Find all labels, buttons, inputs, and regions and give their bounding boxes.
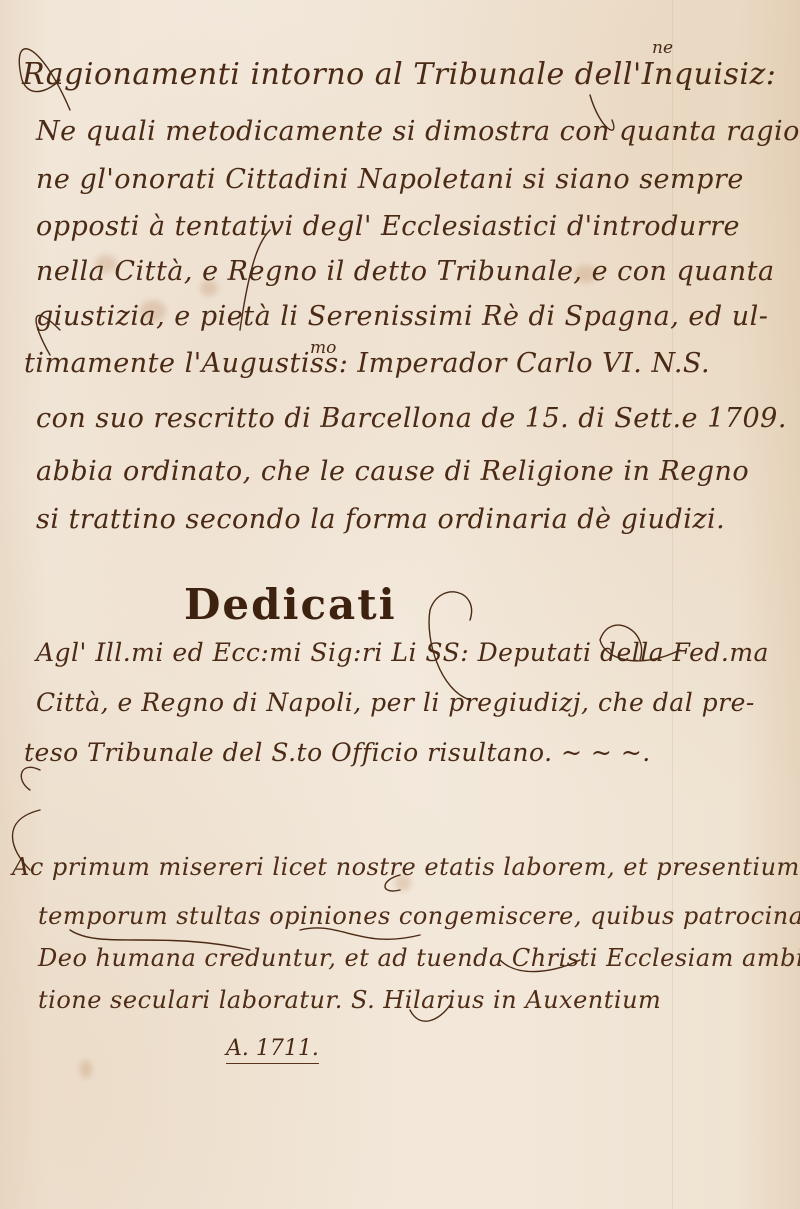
epigraph-line-4: tione seculari laboratur. S. Hilarius in… [38, 988, 661, 1012]
title-line-5: nella Città, e Regno il detto Tribunale,… [36, 258, 775, 285]
title-line-2: Ne quali metodicamente si dimostra con q… [36, 118, 800, 145]
title-line-9: abbia ordinato, che le cause di Religion… [36, 458, 749, 485]
epigraph-line-3: Deo humana creduntur, et ad tuenda Chris… [38, 946, 800, 970]
title-line-3: ne gl'onorati Cittadini Napoletani si si… [36, 166, 744, 193]
superscript-mo: mo [310, 338, 336, 358]
title-line-10: si trattino secondo la forma ordinaria d… [36, 506, 725, 533]
title-line-4: opposti à tentativi degl' Ecclesiastici … [36, 213, 740, 240]
title-line-1: Ragionamenti intorno al Tribunale dell'I… [22, 60, 776, 90]
foxing-stain [80, 1060, 92, 1078]
title-line-8: con suo rescritto di Barcellona de 15. d… [36, 405, 787, 432]
epigraph-line-1: Ac primum misereri licet nostre etatis l… [12, 855, 800, 879]
dedication-heading-text: Dedicati [184, 580, 397, 629]
title-line-7: timamente l'Augustiss: Imperador Carlo V… [24, 350, 710, 377]
title-line-6: giustizia, e pietà li Serenissimi Rè di … [36, 303, 768, 330]
dedication-line-1: Agl' Ill.mi ed Ecc:mi Sig:ri Li SS: Depu… [36, 640, 769, 665]
dedication-heading: Dedicati [184, 580, 397, 629]
manuscript-page: Ragionamenti intorno al Tribunale dell'I… [0, 0, 800, 1209]
superscript-ne: ne [652, 38, 673, 58]
manuscript-date: A. 1711. [226, 1036, 319, 1064]
dedication-line-3: teso Tribunale del S.to Officio risultan… [24, 740, 651, 765]
dedication-line-2: Città, e Regno di Napoli, per li pregiud… [36, 690, 755, 715]
epigraph-line-2: temporum stultas opiniones congemiscere,… [38, 904, 800, 928]
